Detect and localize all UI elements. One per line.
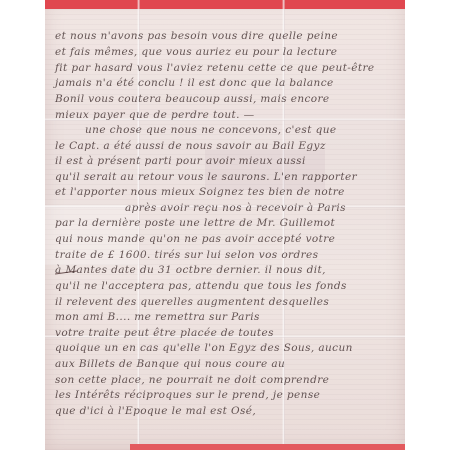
handwritten-line: jamais n'a été conclu ! il est donc que … [55, 77, 334, 89]
handwritten-line: et nous n'avons pas besoin vous dire que… [55, 30, 338, 42]
handwritten-line: et fais mêmes, que vous auriez eu pour l… [55, 46, 337, 58]
letter-page: et nous n'avons pas besoin vous dire que… [45, 0, 405, 450]
handwritten-line: quoique un en cas qu'elle l'on Egyz des … [55, 342, 353, 354]
handwritten-line: après avoir reçu nos à recevoir à Paris [125, 202, 346, 214]
handwritten-line: mieux payer que de perdre tout. — [55, 109, 255, 121]
handwritten-line: il relevent des querelles augmentent des… [55, 296, 329, 308]
handwritten-line: traite de £ 1600. tirés sur lui selon vo… [55, 249, 318, 261]
handwritten-line: les Intérêts réciproques sur le prend, j… [55, 389, 320, 401]
handwritten-line: aux Billets de Banque qui nous coure au [55, 358, 285, 370]
handwritten-line: que d'ici à l'Epoque le mal est Osé, [55, 405, 256, 417]
bottom-red-band [130, 444, 405, 450]
handwritten-line: votre traite peut être placée de toutes [55, 327, 274, 339]
handwritten-line: à Mantes date du 31 octbre dernier. il n… [55, 264, 326, 276]
handwritten-line: il est à présent parti pour avoir mieux … [55, 155, 306, 167]
handwritten-line: Bonil vous coutera beaucoup aussi, mais … [55, 93, 330, 105]
handwritten-text-block: et nous n'avons pas besoin vous dire que… [45, 0, 405, 450]
handwritten-line: fit par hasard vous l'aviez retenu cette… [55, 62, 375, 74]
handwritten-line: qui nous mande qu'on ne pas avoir accept… [55, 233, 335, 245]
handwritten-line: son cette place, ne pourrait ne doit com… [55, 374, 329, 386]
handwritten-line: par la dernière poste une lettre de Mr. … [55, 217, 335, 229]
handwritten-line: le Capt. a été aussi de nous savoir au B… [55, 140, 326, 152]
handwritten-line: mon ami B.... me remettra sur Paris [55, 311, 260, 323]
screenshot-canvas: et nous n'avons pas besoin vous dire que… [0, 0, 450, 450]
handwritten-line: une chose que nous ne concevons, c'est q… [85, 124, 336, 136]
handwritten-line: et l'apporter nous mieux Soignez tes bie… [55, 186, 345, 198]
handwritten-line: qu'il ne l'acceptera pas, attendu que to… [55, 280, 347, 292]
handwritten-line: qu'il serait au retour vous le saurons. … [55, 171, 357, 183]
